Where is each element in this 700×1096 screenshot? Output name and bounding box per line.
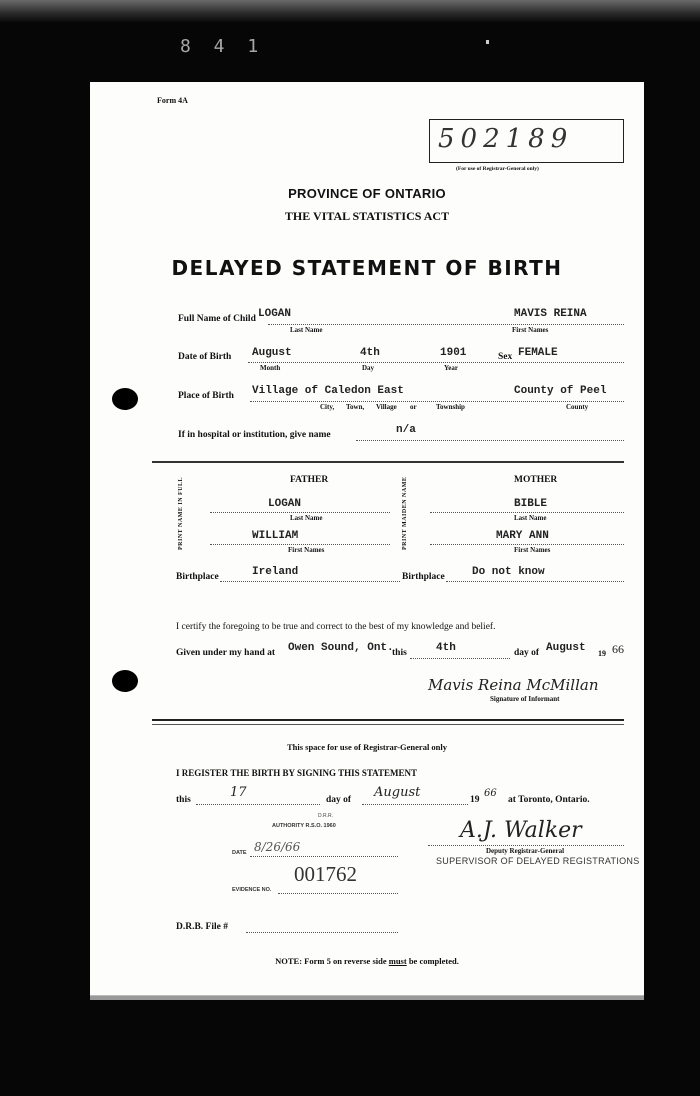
birth-county[interactable]: County of Peel: [514, 385, 606, 397]
dob-line: [248, 362, 624, 363]
mother-last-name[interactable]: BIBLE: [514, 498, 547, 510]
province-heading: PROVINCE OF ONTARIO: [90, 186, 644, 201]
registrar-number-box: 502189: [429, 119, 624, 163]
place-label: Place of Birth: [178, 391, 234, 401]
supervisor-title: SUPERVISOR OF DELAYED REGISTRATIONS: [436, 856, 640, 866]
birth-month[interactable]: August: [252, 347, 292, 359]
father-last-label: Last Name: [290, 514, 322, 522]
child-first-names[interactable]: MAVIS REINA: [514, 308, 587, 320]
informant-signature-label: Signature of Informant: [490, 695, 559, 703]
footer-note-emphasis: must: [389, 956, 407, 966]
given-day-line: [410, 658, 510, 659]
place-sub-village: Village: [376, 403, 397, 411]
place-sub-city: City,: [320, 403, 334, 411]
page-bottom-edge: [90, 996, 644, 1000]
father-last-name[interactable]: LOGAN: [268, 498, 301, 510]
birth-year[interactable]: 1901: [440, 347, 466, 359]
father-heading: FATHER: [290, 475, 328, 485]
deputy-title: Deputy Registrar-General: [486, 847, 564, 855]
last-name-label: Last Name: [290, 326, 322, 334]
place-line: [250, 401, 624, 402]
section-divider: [152, 461, 624, 463]
stamp-authority: AUTHORITY R.S.O. 1960: [272, 823, 336, 829]
mother-last-label: Last Name: [514, 514, 546, 522]
given-year-prefix: 19: [598, 649, 606, 658]
registrar-number-note: (For use of Registrar-General only): [456, 166, 539, 172]
month-label: Month: [260, 364, 280, 372]
day-label: Day: [362, 364, 374, 372]
full-name-line: [268, 324, 624, 325]
act-heading: THE VITAL STATISTICS ACT: [90, 209, 644, 224]
child-sex[interactable]: FEMALE: [518, 347, 558, 359]
registrar-month[interactable]: August: [374, 785, 420, 800]
registrar-section-divider: [152, 719, 624, 725]
father-birthplace-label: Birthplace: [176, 572, 219, 582]
stamp-drr: D.R.R.: [318, 813, 333, 819]
registrar-location: at Toronto, Ontario.: [508, 795, 590, 805]
given-place[interactable]: Owen Sound, Ont.: [288, 642, 394, 654]
given-day[interactable]: 4th: [436, 642, 456, 654]
hospital-label: If in hospital or institution, give name: [178, 430, 331, 440]
registrar-month-line: [362, 804, 468, 805]
given-this-label: this: [392, 648, 407, 658]
drb-file-line[interactable]: [246, 932, 398, 933]
stamp-date-label: DATE: [232, 850, 247, 856]
informant-signature: Mavis Reina McMillan: [428, 676, 599, 694]
given-label: Given under my hand at: [176, 648, 275, 658]
registrar-day-of-label: day of: [326, 795, 351, 805]
punch-hole-bottom: [112, 670, 138, 692]
registrar-year[interactable]: 66: [484, 788, 497, 799]
birth-day[interactable]: 4th: [360, 347, 380, 359]
dob-label: Date of Birth: [178, 352, 231, 362]
registrar-space-note: This space for use of Registrar-General …: [90, 742, 644, 752]
deputy-signature-line: [428, 845, 624, 846]
birth-statement-form: Form 4A 502189 (For use of Registrar-Gen…: [90, 82, 644, 998]
footer-note: NOTE: Form 5 on reverse side must be com…: [90, 956, 644, 966]
register-statement: I REGISTER THE BIRTH BY SIGNING THIS STA…: [176, 768, 417, 778]
mother-first-names[interactable]: MARY ANN: [496, 530, 549, 542]
place-sub-town: Town,: [346, 403, 364, 411]
evidence-line: [278, 893, 398, 894]
mother-last-line: [430, 512, 624, 513]
stamp-date-line: [250, 856, 398, 857]
mother-heading: MOTHER: [514, 475, 557, 485]
county-label: County: [566, 403, 588, 411]
punch-hole-top: [112, 388, 138, 410]
birth-place[interactable]: Village of Caledon East: [252, 385, 404, 397]
father-first-line: [210, 544, 390, 545]
mother-birthplace[interactable]: Do not know: [472, 566, 545, 578]
drb-file-label: D.R.B. File #: [176, 922, 228, 932]
scan-top-marks: 8 4 1: [180, 36, 264, 57]
page-title: DELAYED STATEMENT OF BIRTH: [90, 256, 644, 280]
child-last-name[interactable]: LOGAN: [258, 308, 291, 320]
mother-birthplace-line: [446, 581, 624, 582]
evidence-label: EVIDENCE NO.: [232, 887, 271, 893]
father-first-names[interactable]: WILLIAM: [252, 530, 298, 542]
mother-side-label: PRINT MAIDEN NAME: [402, 474, 408, 550]
place-sub-township: Township: [436, 403, 465, 411]
evidence-number: 001762: [294, 862, 357, 887]
mother-birthplace-label: Birthplace: [402, 572, 445, 582]
hospital-name[interactable]: n/a: [396, 424, 416, 436]
certification-statement: I certify the foregoing to be true and c…: [176, 622, 495, 632]
registrar-day-line: [196, 804, 320, 805]
given-day-of-label: day of: [514, 648, 539, 658]
scan-speck: [486, 40, 489, 44]
stamp-date: 8/26/66: [254, 840, 300, 854]
registrar-day[interactable]: 17: [230, 785, 247, 800]
footer-note-suffix: be completed.: [407, 956, 459, 966]
registrar-year-prefix: 19: [470, 795, 480, 805]
year-label: Year: [444, 364, 458, 372]
place-sub-or: or: [410, 403, 417, 411]
father-birthplace-line: [220, 581, 400, 582]
full-name-label: Full Name of Child: [178, 314, 256, 324]
scan-top-edge: [0, 0, 700, 22]
first-names-label: First Names: [512, 326, 548, 334]
footer-note-prefix: NOTE: Form 5 on reverse side: [275, 956, 389, 966]
deputy-signature: A.J. Walker: [460, 818, 582, 843]
mother-first-label: First Names: [514, 546, 550, 554]
given-year[interactable]: 66: [612, 642, 624, 657]
sex-label: Sex: [498, 352, 512, 362]
father-last-line: [210, 512, 390, 513]
registrar-number: 502189: [438, 124, 573, 154]
form-number: Form 4A: [157, 96, 188, 105]
given-month[interactable]: August: [546, 642, 586, 654]
father-birthplace[interactable]: Ireland: [252, 566, 298, 578]
mother-first-line: [430, 544, 624, 545]
registrar-this-label: this: [176, 795, 191, 805]
father-side-label: PRINT NAME IN FULL: [178, 474, 184, 550]
hospital-line: [356, 440, 624, 441]
father-first-label: First Names: [288, 546, 324, 554]
